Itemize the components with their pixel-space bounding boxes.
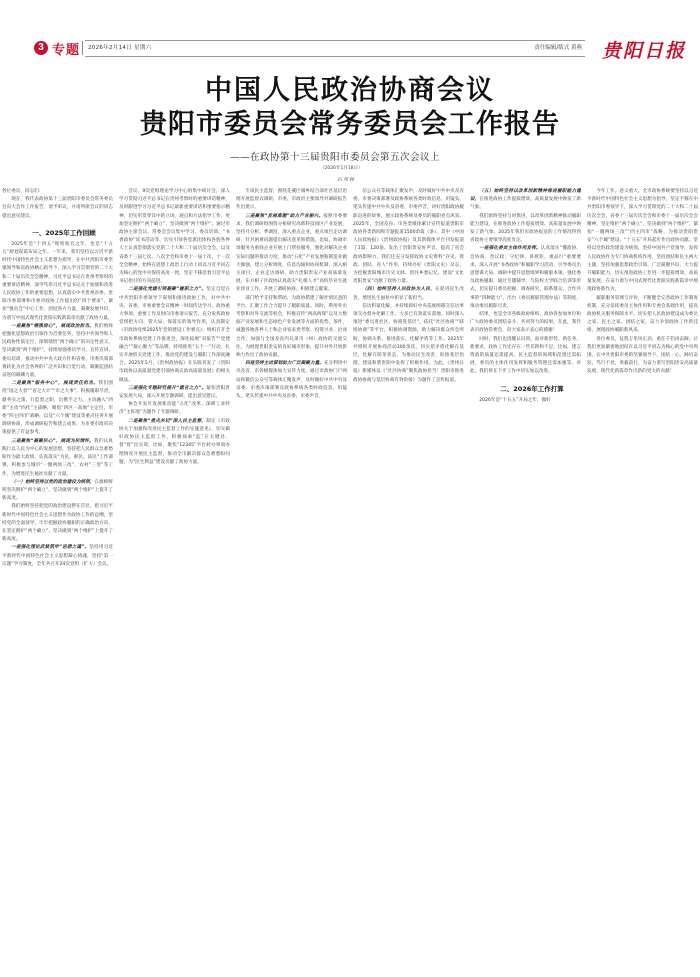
paragraph: （五）始终坚持以改革创新精神推进履职能力建设，在推进政协工作提质增效、高质量发展… — [470, 188, 581, 213]
paragraph: 三是聚焦“凝聚民心”，展现为民情怀。我们认真践行以人民为中心的发展思想，坚持把人… — [2, 438, 113, 479]
paragraph-text: 我们认真践行以人民为中心的发展思想，坚持把人民群众急难愁盼作为最大政绩，认真落实… — [2, 439, 113, 477]
paragraph-text: 会议、9次党组理论学习中心组集中研讨会，深入学习贯彻习近平总书记在贵州考察时的重… — [119, 189, 230, 284]
paragraph: 一是强化理论武装筑牢“思想之魂”。坚持用习近平新时代中国特色社会主义思想凝心铸魂… — [2, 544, 113, 569]
paragraph-text: 制定《市政协关于加强和改进民主监督工作的实施意见》，切实做好政协民主监督工作，积… — [119, 419, 230, 465]
paragraph-text: 专项民主监督，围绕花溪区城乡结合部社区基层治理开展监督式调研，市委、市政府主要领… — [236, 189, 347, 210]
text-column: 信公众号等载体汇聚发声，及时做好中共中央及省委、市委决策部署及政协系统各类时政信… — [353, 188, 464, 968]
paragraph-lead: 三是聚焦“凝聚民心”，展现为民情怀。 — [11, 439, 94, 444]
paragraph-lead: 三是强化专题研究提升“建言之力”。 — [128, 386, 206, 391]
salutation: 各位委员、同志们： — [2, 188, 113, 196]
newspaper-logo: 贵阳日报 — [602, 36, 686, 63]
paragraph-text: 同时，我们也清醒认识到，面对新形势、新任务、新要求，政协工作还存在一些差距和不足… — [470, 337, 581, 375]
paragraph-text: 我们始终把强化思想政治引领作为首要任务，坚持中共领导和人民政协性质定位，深刻领悟… — [2, 324, 113, 378]
text-column: 各位委员、同志们：现在，我代表政协第十三届贵阳市委员会常务委员会向大会作工作报告… — [2, 188, 113, 968]
paragraph-text: 结果，也是全市各级政协组织、政协各参加单位和广大政协委员团结奋斗、共同努力的结果… — [470, 312, 581, 333]
paragraph: 各位委员，征程万里风正劲，重任千钧再奋蹄。让我们更加紧密地团结在以习近平同志为核… — [587, 336, 698, 377]
paragraph-lead: 四是坚持主动谋划助力广泛凝聚力量。 — [245, 361, 324, 366]
paragraph: 部门给予支持和帮助，为政协搭建了解社情民意的平台，汇聚工作合力提升了履职质量。同… — [236, 295, 347, 361]
paragraph-lead: 一是强化委员主体作用发挥。 — [479, 246, 541, 251]
text-column: （五）始终坚持以改革创新精神推进履职能力建设，在推进政协工作提质增效、高质量发展… — [470, 188, 581, 968]
paragraph: 一是聚焦“增强信心”，展现政治担当。我们始终把强化思想政治引领作为首要任务，坚持… — [2, 323, 113, 380]
paragraph-text: 我们围绕“国之大者”“省之大计”“市之大事”，积极履职尽责，献务实之策，行监督之… — [2, 381, 113, 435]
paragraph: 现在，我代表政协第十三届贵阳市委员会常务委员会向大会作工作报告，请予审议，并请列… — [2, 196, 113, 221]
paragraph: 三是聚焦“发展难题”助力产业振兴。按照市委要求，我们调研组围绕分析研究高新科技园… — [236, 213, 347, 295]
paragraph: 履职服务管理与评价，不断健全完善政协工作制度机制，充分发挥委员主体作用和专委会基… — [587, 295, 698, 336]
paragraph: 二是聚焦“服务中心”，展现责任担当。我们围绕“国之大者”“省之大计”“市之大事”… — [2, 380, 113, 437]
article-byline: 石邦林 — [337, 176, 355, 183]
paragraph-text: 我们始终坚持与时俱进，以改革创新精神推动履职能力建设，在推进政协工作提质增效、高… — [470, 214, 581, 244]
paragraph-text: 充分利用中央及省、市各级媒体加大宣传力度，通过市政协门户网站和微信公众号等载体汇… — [236, 361, 347, 399]
paragraph: 一是强化委员主体作用发挥。认真落实“懂政协、会协商、善议政，守纪律、讲规矩、重品… — [470, 245, 581, 311]
paragraph: 今年工作，意义重大。全市政协系统要坚持以习近平新时代中国特色社会主义思想为指导，… — [587, 188, 698, 295]
paragraph-text: 按照市委要求，我们调研组围绕分析研究高新科技园区产业发展，坚持月分析、季调度，深… — [236, 214, 347, 293]
masthead-rule — [85, 56, 585, 57]
section-heading: 一、2025年工作回顾 — [2, 227, 113, 239]
article-headline: 中国人民政治协商会议 贵阳市委员会常务委员会工作报告 — [0, 74, 700, 142]
paragraph-text: 各位委员，征程万里风正劲，重任千钧再奋蹄。让我们更加紧密地团结在以习近平同志为核… — [587, 337, 698, 375]
paragraph-text: 履职服务管理与评价，不断健全完善政协工作制度机制，充分发挥委员主体作用和专委会基… — [587, 296, 698, 334]
paragraph-text: 今年工作，意义重大。全市政协系统要坚持以习近平新时代中国特色社会主义思想为指导，… — [587, 189, 698, 292]
issue-date: 2026年2月14日 星期六 — [88, 43, 151, 51]
paragraph-lead: 一是强化理论武装筑牢“思想之魂”。 — [11, 545, 89, 550]
paragraph-lead: （四）始终坚持人民政协为人民， — [362, 287, 435, 292]
paragraph-text: 2025年是“十四五”规划收官之年，也是“十五五”规划谋篇布局之年。一年来，我们… — [2, 242, 113, 321]
paragraph-text: 2026年是“十五五”开局之年，做好 — [479, 398, 551, 403]
paragraph: 我们始终坚持把党的政治建设摆在首位，把习近平新时代中国特色社会主义思想作为政协工… — [2, 503, 113, 544]
page-number-badge: 3 — [34, 41, 48, 55]
paragraph-text: 坚定自觉在中共贵阳市委领导下谋划和推进政协工作，对中共中央、省委、市委重要会议精… — [119, 287, 230, 382]
paragraph: 四是坚持主动谋划助力广泛凝聚力量。充分利用中央及省、市各级媒体加大宣传力度，通过… — [236, 360, 347, 401]
editor-credit: 责任编辑/版式 黄燕 — [534, 43, 582, 51]
paragraph-lead: 一是聚焦“增强信心”，展现政治担当。 — [11, 324, 94, 329]
paragraph: 二是聚焦“重点关切”深入民主监督，制定《市政协关于加强和改进民主监督工作的实施意… — [119, 418, 230, 467]
paragraph: （四）始终坚持人民政协为人民，在促进民生改善、增进民生福祉中彰显了新担当。 — [353, 286, 464, 302]
paragraph: 三是强化专题研究提升“建言之力”。紧扣贵阳贵安发展大局，深入开展专题调研，提出意… — [119, 385, 230, 401]
masthead-rule — [85, 40, 585, 41]
paragraph-text: 协会开发区发展新动能“五化”改革、深耕工业经济“主阵地”为题作了专题调研。 — [119, 402, 230, 415]
paragraph-text: 在推进政协工作提质增效、高质量发展中焕发了新气象。 — [470, 197, 581, 210]
paragraph: 会议、9次党组理论学习中心组集中研讨会，深入学习贯彻习近平总书记在贵州考察时的重… — [119, 188, 230, 286]
paragraph: 信访积案化解，并持续抓好中央巡视组移交信访事项交办督办化解工作，大多已有效落实落… — [353, 303, 464, 385]
section-heading: 二、2026年工作打算 — [470, 383, 581, 395]
paragraph: 我们始终坚持与时俱进，以改革创新精神推动履职能力建设，在推进政协工作提质增效、高… — [470, 213, 581, 246]
paragraph-text: 各位委员、同志们： — [2, 189, 43, 194]
paragraph: 专项民主监督，围绕花溪区城乡结合部社区基层治理开展监督式调研，市委、市政府主要领… — [236, 188, 347, 213]
section-name: 专题 — [52, 39, 80, 58]
paragraph-lead: 二是聚焦“重点关切”深入民主监督， — [128, 419, 206, 424]
headline-line-1: 中国人民政治协商会议 — [0, 74, 700, 108]
paragraph: 协会开发区发展新动能“五化”改革、深耕工业经济“主阵地”为题作了专题调研。 — [119, 401, 230, 417]
paragraph: 2026年是“十五五”开局之年，做好 — [470, 397, 581, 405]
paragraph-text: 部门给予支持和帮助，为政协搭建了解社情民意的平台，汇聚工作合力提升了履职质量。同… — [236, 296, 347, 358]
paragraph-lead: （一）始终坚持以党的政治建设为统领， — [11, 480, 94, 485]
paragraph-text: 现在，我代表政协第十三届贵阳市委员会常务委员会向大会作工作报告，请予审议，并请列… — [2, 197, 113, 218]
paragraph-text: 信公众号等载体汇聚发声，及时做好中共中央及省委、市委决策部署及政协系统各类时政信… — [353, 189, 464, 284]
section-divider — [82, 41, 83, 55]
paragraph-lead: 二是强化党建引领凝聚“履职之力”。 — [128, 287, 206, 292]
text-column: 今年工作，意义重大。全市政协系统要坚持以习近平新时代中国特色社会主义思想为指导，… — [587, 188, 698, 968]
paragraph: 2025年是“十四五”规划收官之年，也是“十五五”规划谋篇布局之年。一年来，我们… — [2, 241, 113, 323]
paragraph-text: 信访积案化解，并持续抓好中央巡视组移交信访事项交办督办化解工作，大多已有效落实落… — [353, 304, 464, 383]
article-body: 各位委员、同志们：现在，我代表政协第十三届贵阳市委员会常务委员会向大会作工作报告… — [2, 188, 698, 968]
paragraph: 结果，也是全市各级政协组织、政协各参加单位和广大政协委员团结奋斗、共同努力的结果… — [470, 311, 581, 336]
text-column: 会议、9次党组理论学习中心组集中研讨会，深入学习贯彻习近平总书记在贵州考察时的重… — [119, 188, 230, 968]
paragraph-text: 我们始终坚持把党的政治建设摆在首位，把习近平新时代中国特色社会主义思想作为政协工… — [2, 504, 113, 542]
headline-line-2: 贵阳市委员会常务委员会工作报告 — [0, 108, 700, 142]
paragraph-text: 认真落实“懂政协、会协商、善议政，守纪律、讲规矩、重品行”重要要求，深入开展“书… — [470, 246, 581, 308]
text-column: 专项民主监督，围绕花溪区城乡结合部社区基层治理开展监督式调研，市委、市政府主要领… — [236, 188, 347, 968]
paragraph-lead: 三是聚焦“发展难题”助力产业振兴。 — [245, 214, 323, 219]
paragraph: 二是强化党建引领凝聚“履职之力”。坚定自觉在中共贵阳市委领导下谋划和推进政协工作… — [119, 286, 230, 384]
masthead: 3 专题 2026年2月14日 星期六 责任编辑/版式 黄燕 贵阳日报 — [0, 40, 700, 56]
article-dateline: （2026年1月18日） — [320, 165, 363, 171]
paragraph: 同时，我们也清醒认识到，面对新形势、新任务、新要求，政协工作还存在一些差距和不足… — [470, 336, 581, 377]
paragraph: 信公众号等载体汇聚发声，及时做好中共中央及省委、市委决策部署及政协系统各类时政信… — [353, 188, 464, 286]
paragraph-lead: 二是聚焦“服务中心”，展现责任担当。 — [11, 381, 98, 386]
paragraph: （一）始终坚持以党的政治建设为统领，在旗帜鲜明坚决拥护“两个确立”、坚决做到“两… — [2, 479, 113, 504]
article-subtitle: ——在政协第十三届贵阳市委员会第五次会议上 — [230, 149, 440, 163]
